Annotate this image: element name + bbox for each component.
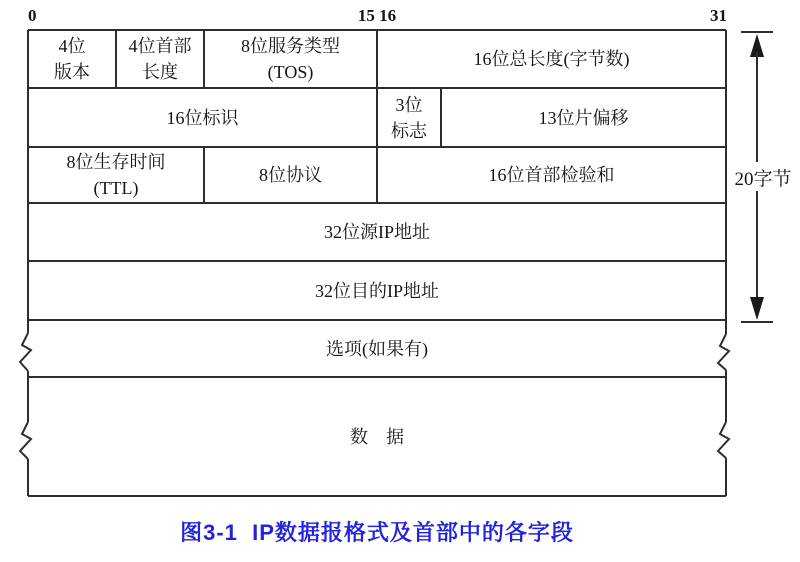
field-total-length: 16位总长度(字节数) bbox=[377, 30, 726, 88]
field-header-checksum: 16位首部检验和 bbox=[377, 147, 726, 203]
ip-datagram-figure: 0 15 16 31 4位 版本 4位首部 长度 8位服务类型 (TOS) 16… bbox=[0, 0, 800, 562]
field-header-length: 4位首部 长度 bbox=[116, 30, 204, 88]
field-tos: 8位服务类型 (TOS) bbox=[204, 30, 377, 88]
bit-label-0: 0 bbox=[28, 6, 37, 26]
field-protocol: 8位协议 bbox=[204, 147, 377, 203]
field-ttl: 8位生存时间 (TTL) bbox=[28, 147, 204, 203]
field-options: 选项(如果有) bbox=[28, 320, 726, 377]
byte-count-label: 20字节 bbox=[727, 164, 799, 191]
field-dest-ip: 32位目的IP地址 bbox=[28, 261, 726, 320]
field-identification: 16位标识 bbox=[28, 88, 377, 147]
figure-caption: 图3-1 IP数据报格式及首部中的各字段 bbox=[28, 516, 726, 547]
field-fragment-offset: 13位片偏移 bbox=[441, 88, 726, 147]
field-data: 数 据 bbox=[28, 377, 726, 496]
field-source-ip: 32位源IP地址 bbox=[28, 203, 726, 261]
bit-label-15-16: 15 16 bbox=[340, 6, 414, 26]
field-flags: 3位 标志 bbox=[377, 88, 441, 147]
arrowhead-down-icon bbox=[750, 297, 764, 320]
field-version: 4位 版本 bbox=[28, 30, 116, 88]
bit-label-31: 31 bbox=[667, 6, 727, 26]
